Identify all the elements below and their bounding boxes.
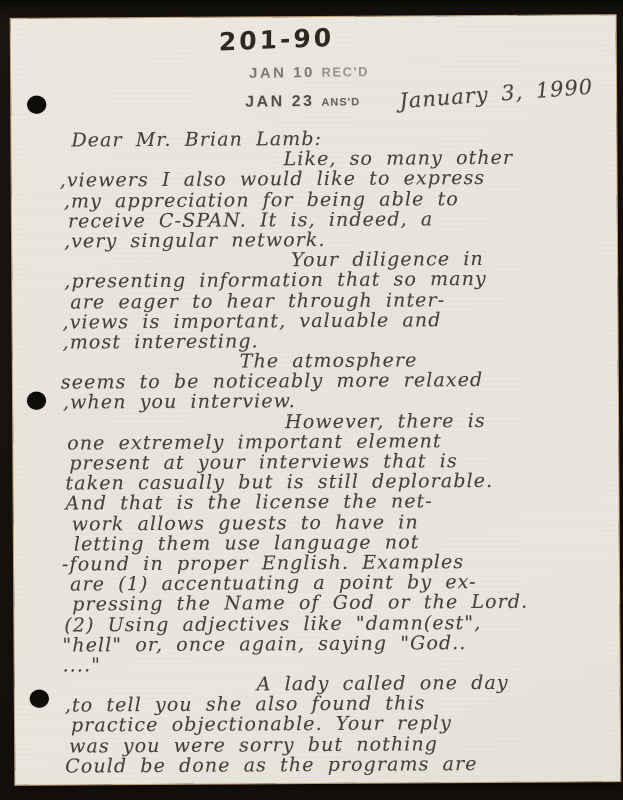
letter-line: However, there is — [285, 410, 609, 432]
punch-hole-middle — [27, 392, 46, 410]
received-stamp-suffix: REC'D — [321, 64, 369, 80]
letter-body: Dear Mr. Brian Lamb: Like, so many other… — [59, 127, 611, 776]
answered-stamp-date: JAN 23 — [245, 93, 314, 111]
letter-line: A lady called one day — [257, 672, 611, 694]
answered-date-stamp: JAN 23 ANS'D — [245, 92, 360, 112]
letter-page: 201-90 JAN 10 REC'D JAN 23 ANS'D January… — [11, 15, 621, 785]
punch-hole-top — [27, 96, 46, 114]
letter-line: Your diligence in — [291, 248, 608, 270]
letter-line: Like, so many other — [283, 147, 607, 169]
letter-line: Could be done as the programs are — [65, 753, 611, 777]
punch-hole-bottom — [30, 690, 49, 708]
letter-line: The atmosphere — [240, 349, 609, 371]
received-date-stamp: JAN 10 REC'D — [249, 63, 369, 82]
letter-date: January 3, 1990 — [399, 75, 595, 114]
received-stamp-date: JAN 10 — [249, 64, 315, 82]
catalog-number: 201-90 — [219, 23, 335, 57]
answered-stamp-suffix: ANS'D — [321, 96, 360, 109]
